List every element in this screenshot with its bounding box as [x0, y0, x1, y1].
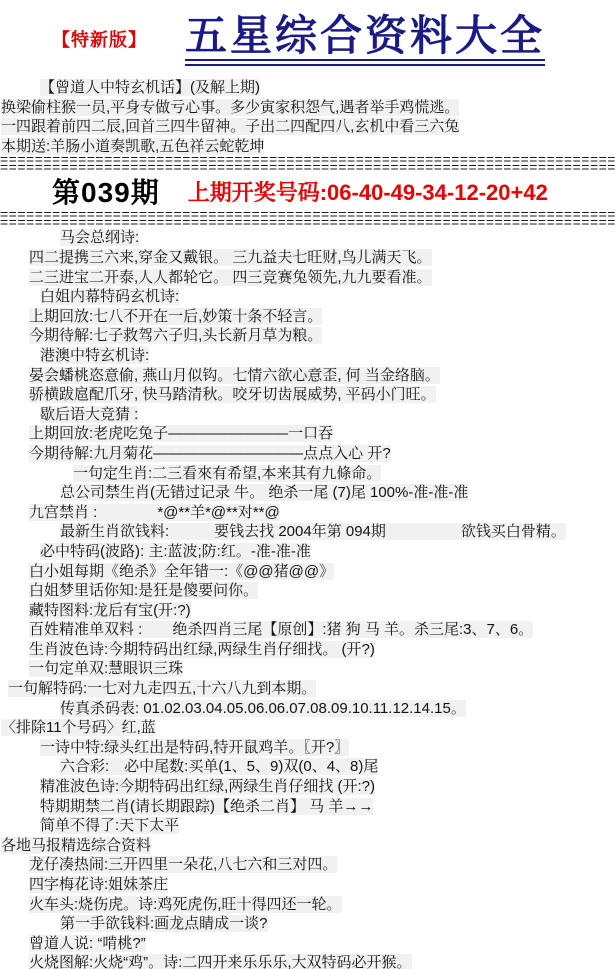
content-line: 晏会蟠桃恣意偷, 燕山月似钩。七情六欲心意歪, 何 当金络脑。 — [0, 366, 616, 386]
content-line: 一句解特码:一七对九走四五,十六八九到本期。 — [0, 679, 616, 699]
page-title: 五星综合资料大全 — [185, 12, 545, 66]
intro-line: 本期送:羊肠小道奏凯歌,五色祥云蛇乾坤 — [0, 137, 616, 157]
content-line: 二三进宝二开泰,人人都轮它。 四三竞赛兔领先,九九要看准。 — [0, 268, 616, 288]
content-line-text: 白姐梦里话你知:是狂是傻要问你。 — [29, 582, 258, 599]
content-line-text: 一句解特码:一七对九走四五,十六八九到本期。 — [8, 680, 316, 697]
issue-number: 第039期 — [52, 171, 160, 211]
content-line: 简单不得了:天下太平 — [0, 816, 616, 836]
content-line-text: 今期待解:七子救驾六子归,头长新月草为粮。 — [29, 327, 322, 344]
content-line-text: 四字梅花诗:姐妹茶庄 — [29, 876, 168, 893]
content-line-text: 港澳中特玄机诗: — [40, 347, 149, 364]
content-line-text: 一句定生肖:二三看來有希望,本来其有九條命。 — [73, 465, 381, 482]
content-line: 曾道人说: “啃桃?” — [0, 934, 616, 954]
content-line: 火车头:烧伤虎。诗:鸡死虎伤,旺十得四还一轮。 — [0, 895, 616, 915]
content-line: 特期期禁二肖(请长期跟踪)【绝杀二肖】 马 羊→→ — [0, 797, 616, 817]
content-line-text: 精准波色诗:今期特码出红绿,两绿生肖仔细找 (开:?) — [40, 778, 375, 795]
separator-rule: ========================================… — [0, 219, 616, 227]
intro-section: 【曾道人中特玄机话】(及解上期)换梁偷柱猴一员,平身专做亏心事。多少寅家积怨气,… — [0, 78, 616, 156]
content-line-text: 二三进宝二开泰,人人都轮它。 四三竞赛兔领先,九九要看准。 — [29, 269, 432, 286]
intro-line-text: 换梁偷柱猴一员,平身专做亏心事。多少寅家积怨气,遇者举手鸡慌逃。 — [1, 99, 459, 116]
content-line: 四二提携三六来,穿金又戴银。 三九益夫七旺财,鸟儿满天飞。 — [0, 248, 616, 268]
content-line-text: 九宫禁肖 : *@**羊*@**对**@ — [29, 504, 280, 521]
content-line: 百姓精准单双料 : 绝杀四肖三尾【原创】:猪 狗 马 羊。杀三尾:3、7、6。 — [0, 620, 616, 640]
content-line: 白姐梦里话你知:是狂是傻要问你。 — [0, 581, 616, 601]
content-line: 各地马报精选综合资料 — [0, 836, 616, 856]
content-line: 传真杀码表: 01.02.03.04.05.06.06.07.08.09.10.… — [0, 699, 616, 719]
content-line: 必中特码(波路): 主:蓝波;防:红。-准-准-准 — [0, 542, 616, 562]
content-line: 生肖波色诗:今期特码出红绿,两绿生肖仔细找。 (开?) — [0, 640, 616, 660]
page: 【特新版】 五星综合资料大全 【曾道人中特玄机话】(及解上期)换梁偷柱猴一员,平… — [0, 0, 616, 969]
content-line-text: 晏会蟠桃恣意偷, 燕山月似钩。七情六欲心意歪, 何 当金络脑。 — [29, 367, 440, 384]
content-line-text: 骄横跋扈配爪牙, 快马踏清秋。咬牙切齿展威势, 平码小门旺。 — [29, 386, 436, 403]
content-line-text: 上期回放:老虎吃兔子————————一口吞 — [29, 425, 333, 442]
separator-rule: ========================================… — [0, 211, 616, 219]
content-line-text: 藏特图料:龙后有宝(开:?) — [29, 602, 191, 619]
content-line: 一诗中特:绿头红出是特码,特开鼠鸡羊。〖开?〗 — [0, 738, 616, 758]
content-line: 马会总纲诗: — [0, 228, 616, 248]
content-line: 上期回放:老虎吃兔子————————一口吞 — [0, 424, 616, 444]
content-line-text: 马会总纲诗: — [60, 229, 139, 246]
content-line: 精准波色诗:今期特码出红绿,两绿生肖仔细找 (开:?) — [0, 777, 616, 797]
intro-line-text: 本期送:羊肠小道奏凯歌,五色祥云蛇乾坤 — [1, 138, 264, 155]
content-line: 今期待解:七子救驾六子归,头长新月草为粮。 — [0, 326, 616, 346]
content-line: 龙仔凑热闹:三开四里一朵花,八七六和三对四。 — [0, 855, 616, 875]
intro-line: 换梁偷柱猴一员,平身专做亏心事。多少寅家积怨气,遇者举手鸡慌逃。 — [0, 98, 616, 118]
content-line-text: 一句定单双:慧眼识三珠 — [29, 660, 183, 677]
content-line-text: 火烧图解:火烧“鸡”。诗:二四开来乐乐乐,大双特码必开猴。 — [29, 954, 412, 969]
content-line-text: 各地马报精选综合资料 — [1, 837, 151, 854]
content-line: 歇后语大竞猜 : — [0, 405, 616, 425]
content-section: 马会总纲诗:四二提携三六来,穿金又戴银。 三九益夫七旺财,鸟儿满天飞。二三进宝二… — [0, 228, 616, 969]
content-line: 白姐内幕特码玄机诗: — [0, 287, 616, 307]
intro-line-text: 一四跟着前四二辰,回首三四牛留神。子出二四配四八,玄机中看三六兔 — [1, 118, 459, 135]
content-line-text: 生肖波色诗:今期特码出红绿,两绿生肖仔细找。 (开?) — [29, 641, 375, 658]
separator-bottom: ========================================… — [0, 211, 616, 226]
separator-rule: ========================================… — [0, 156, 616, 164]
content-line: 今期待解:九月菊花——————————点点入心 开? — [0, 444, 616, 464]
content-line: 四字梅花诗:姐妹茶庄 — [0, 875, 616, 895]
intro-line-text: 【曾道人中特玄机话】(及解上期) — [40, 79, 260, 96]
content-line-text: 六合彩: 必中尾数:买单(1、5、9)双(0、4、8)尾 — [60, 758, 378, 775]
page-header: 【特新版】 五星综合资料大全 — [0, 0, 616, 78]
content-line: 藏特图料:龙后有宝(开:?) — [0, 601, 616, 621]
content-line: 骄横跋扈配爪牙, 快马踏清秋。咬牙切齿展威势, 平码小门旺。 — [0, 385, 616, 405]
content-line-text: 必中特码(波路): 主:蓝波;防:红。-准-准-准 — [40, 543, 311, 560]
edition-badge: 【特新版】 — [52, 26, 147, 52]
content-line-text: 第一手欲钱料:画龙点睛成一谈? — [60, 915, 268, 932]
content-line-text: 最新生肖欲钱料: 要钱去找 2004年第 094期 欲钱买白骨精。 — [60, 523, 566, 540]
content-line-text: 今期待解:九月菊花——————————点点入心 开? — [29, 445, 391, 462]
content-line: 第一手欲钱料:画龙点睛成一谈? — [0, 914, 616, 934]
content-line-text: 〈排除11个号码〉红,蓝 — [1, 719, 156, 736]
content-line: 总公司禁生肖(无错过记录 牛。 绝杀一尾 (7)尾 100%-准-准-准 — [0, 483, 616, 503]
content-line: 一句定单双:慧眼识三珠 — [0, 659, 616, 679]
content-line-text: 火车头:烧伤虎。诗:鸡死虎伤,旺十得四还一轮。 — [29, 896, 342, 913]
content-line: 港澳中特玄机诗: — [0, 346, 616, 366]
content-line: 〈排除11个号码〉红,蓝 — [0, 718, 616, 738]
content-line-text: 一诗中特:绿头红出是特码,特开鼠鸡羊。〖开?〗 — [40, 739, 349, 756]
content-line-text: 曾道人说: “啃桃?” — [29, 935, 146, 952]
content-line-text: 白小姐每期《绝杀》全年错一:《@@猪@@》 — [29, 563, 334, 580]
content-line-text: 传真杀码表: 01.02.03.04.05.06.06.07.08.09.10.… — [60, 700, 466, 717]
content-line-text: 龙仔凑热闹:三开四里一朵花,八七六和三对四。 — [29, 856, 337, 873]
content-line-text: 简单不得了:天下太平 — [40, 817, 179, 834]
content-line: 六合彩: 必中尾数:买单(1、5、9)双(0、4、8)尾 — [0, 757, 616, 777]
content-line-text: 百姓精准单双料 : 绝杀四肖三尾【原创】:猪 狗 马 羊。杀三尾:3、7、6。 — [29, 621, 533, 638]
content-line: 一句定生肖:二三看來有希望,本来其有九條命。 — [0, 464, 616, 484]
separator-rule: ========================================… — [0, 164, 616, 172]
content-line: 上期回放:七八不开在一后,妙策十条不轻言。 — [0, 307, 616, 327]
content-line: 火烧图解:火烧“鸡”。诗:二四开来乐乐乐,大双特码必开猴。 — [0, 953, 616, 969]
content-line-text: 四二提携三六来,穿金又戴银。 三九益夫七旺财,鸟儿满天飞。 — [29, 249, 432, 266]
content-line: 白小姐每期《绝杀》全年错一:《@@猪@@》 — [0, 562, 616, 582]
issue-bar: 第039期 上期开奖号码:06-40-49-34-12-20+42 — [0, 171, 616, 211]
intro-line: 【曾道人中特玄机话】(及解上期) — [0, 78, 616, 98]
content-line-text: 总公司禁生肖(无错过记录 牛。 绝杀一尾 (7)尾 100%-准-准-准 — [60, 484, 468, 501]
separator-top: ========================================… — [0, 156, 616, 171]
last-draw-numbers: 上期开奖号码:06-40-49-34-12-20+42 — [188, 176, 548, 207]
content-line-text: 白姐内幕特码玄机诗: — [40, 288, 179, 305]
content-line-text: 歇后语大竞猜 : — [40, 406, 138, 423]
content-line-text: 特期期禁二肖(请长期跟踪)【绝杀二肖】 马 羊→→ — [40, 798, 373, 815]
content-line: 最新生肖欲钱料: 要钱去找 2004年第 094期 欲钱买白骨精。 — [0, 522, 616, 542]
content-line-text: 上期回放:七八不开在一后,妙策十条不轻言。 — [29, 308, 322, 325]
content-line: 九宫禁肖 : *@**羊*@**对**@ — [0, 503, 616, 523]
intro-line: 一四跟着前四二辰,回首三四牛留神。子出二四配四八,玄机中看三六兔 — [0, 117, 616, 137]
